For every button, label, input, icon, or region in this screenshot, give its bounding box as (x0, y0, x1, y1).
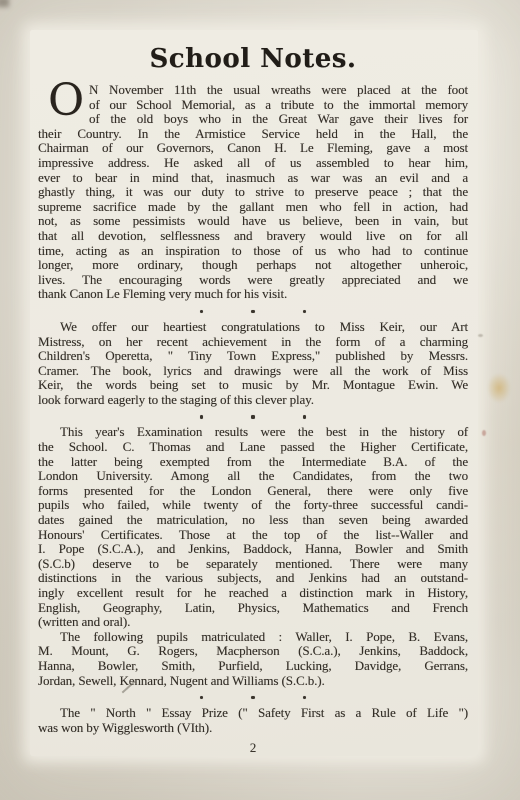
text-line: The " North " Essay Prize (" Safety Firs… (38, 706, 468, 721)
text-line: I. Pope (S.C.A.), and Jenkins, Baddock, … (38, 542, 468, 557)
text-line: Hanna, Bowler, Smith, Purfield, Lucking,… (38, 659, 468, 674)
text-column: School Notes. ON November 11th the usual… (38, 44, 468, 735)
separator-dot (200, 415, 204, 419)
sections-container: ON November 11th the usual wreaths were … (38, 83, 468, 735)
text-line: dates gained the matriculation, no less … (38, 513, 468, 528)
text-line: Jordan, Sewell, Kennard, Nugent and Will… (38, 674, 468, 689)
text-line: of our School Memorial, as a tribute to … (38, 98, 468, 113)
separator-dot (251, 310, 255, 314)
text-line: was won by Wigglesworth (VIth). (38, 721, 468, 736)
text-line: (S.C.b) deserve to be separately mention… (38, 557, 468, 572)
text-line: London University. Among all the Candida… (38, 469, 468, 484)
text-line: impressive address. He asked all of us a… (38, 156, 468, 171)
drop-cap: O (48, 83, 84, 121)
text-line: distinctions in the various subjects, an… (38, 571, 468, 586)
text-line: of the old boys who in the Great War gav… (38, 112, 468, 127)
text-line: Cramer. The book, lyrics and drawings we… (38, 364, 468, 379)
text-line: not, as some pessimists would have us be… (38, 214, 468, 229)
text-line: ghastly thing, it was our duty to strive… (38, 185, 468, 200)
separator-dot (303, 415, 307, 419)
corner-smudge-artifact (0, 0, 9, 7)
separator-dot (200, 696, 204, 700)
text-line: ever to bear in mind that, inasmuch as w… (38, 171, 468, 186)
text-line: Keir, the words being set to music by Mr… (38, 378, 468, 393)
text-line: Chairman of our Governors, Canon H. Le F… (38, 141, 468, 156)
text-line: the latter being exempted from the Inter… (38, 455, 468, 470)
page-title: School Notes. (38, 44, 468, 74)
text-line: This year's Examination results were the… (38, 425, 468, 440)
paragraph: This year's Examination results were the… (38, 425, 468, 629)
paragraph: We offer our heartiest congratulations t… (38, 320, 468, 408)
section-separator (38, 412, 468, 421)
text-line: thank Canon Le Fleming very much for his… (38, 287, 468, 302)
text-line: We offer our heartiest congratulations t… (38, 320, 468, 335)
text-line: look forward eagerly to the staging of t… (38, 393, 468, 408)
text-line: Mistress, on her recent achievement in t… (38, 335, 468, 350)
separator-dot (251, 415, 255, 419)
separator-dot (303, 696, 307, 700)
section-separator (38, 693, 468, 702)
text-line: that all devotion, selflessness and brav… (38, 229, 468, 244)
text-line: forms presented for the London General, … (38, 484, 468, 499)
yellow-stain-artifact (487, 373, 511, 403)
text-line: the School. C. Thomas and Lane passed th… (38, 440, 468, 455)
text-line: lives. The encouraging words were greatl… (38, 273, 468, 288)
paragraph: ON November 11th the usual wreaths were … (38, 83, 468, 302)
separator-dot (251, 696, 255, 700)
text-line: Honours' Certificates. Those at the top … (38, 528, 468, 543)
section-separator (38, 307, 468, 316)
text-line: Children's Operetta, " Tiny Town Express… (38, 349, 468, 364)
separator-dot (200, 310, 204, 314)
gray-speck-artifact (478, 334, 483, 337)
text-line: ingly excellent result for he reached a … (38, 586, 468, 601)
text-line: longer, more ordinary, though perhaps no… (38, 258, 468, 273)
separator-dot (303, 310, 307, 314)
text-line: English, Geography, Latin, Physics, Math… (38, 601, 468, 616)
text-line: pupils who failed, while twenty of the f… (38, 498, 468, 513)
text-line: supreme sacrifice made by the gallant me… (38, 200, 468, 215)
text-line: time, acting as an inspiration to those … (38, 244, 468, 259)
paragraph: The following pupils matriculated : Wall… (38, 630, 468, 688)
text-line: M. Mount, G. Rogers, Macpherson (S.C.a.)… (38, 644, 468, 659)
paragraph: The " North " Essay Prize (" Safety Firs… (38, 706, 468, 735)
text-line: The following pupils matriculated : Wall… (38, 630, 468, 645)
text-line: their Country. In the Armistice Service … (38, 127, 468, 142)
text-line: N November 11th the usual wreaths were p… (38, 83, 468, 98)
red-speck-artifact (482, 430, 486, 436)
scanned-magazine-page: School Notes. ON November 11th the usual… (0, 0, 520, 800)
text-line: (written and oral). (38, 615, 468, 630)
page-number: 2 (38, 740, 468, 756)
